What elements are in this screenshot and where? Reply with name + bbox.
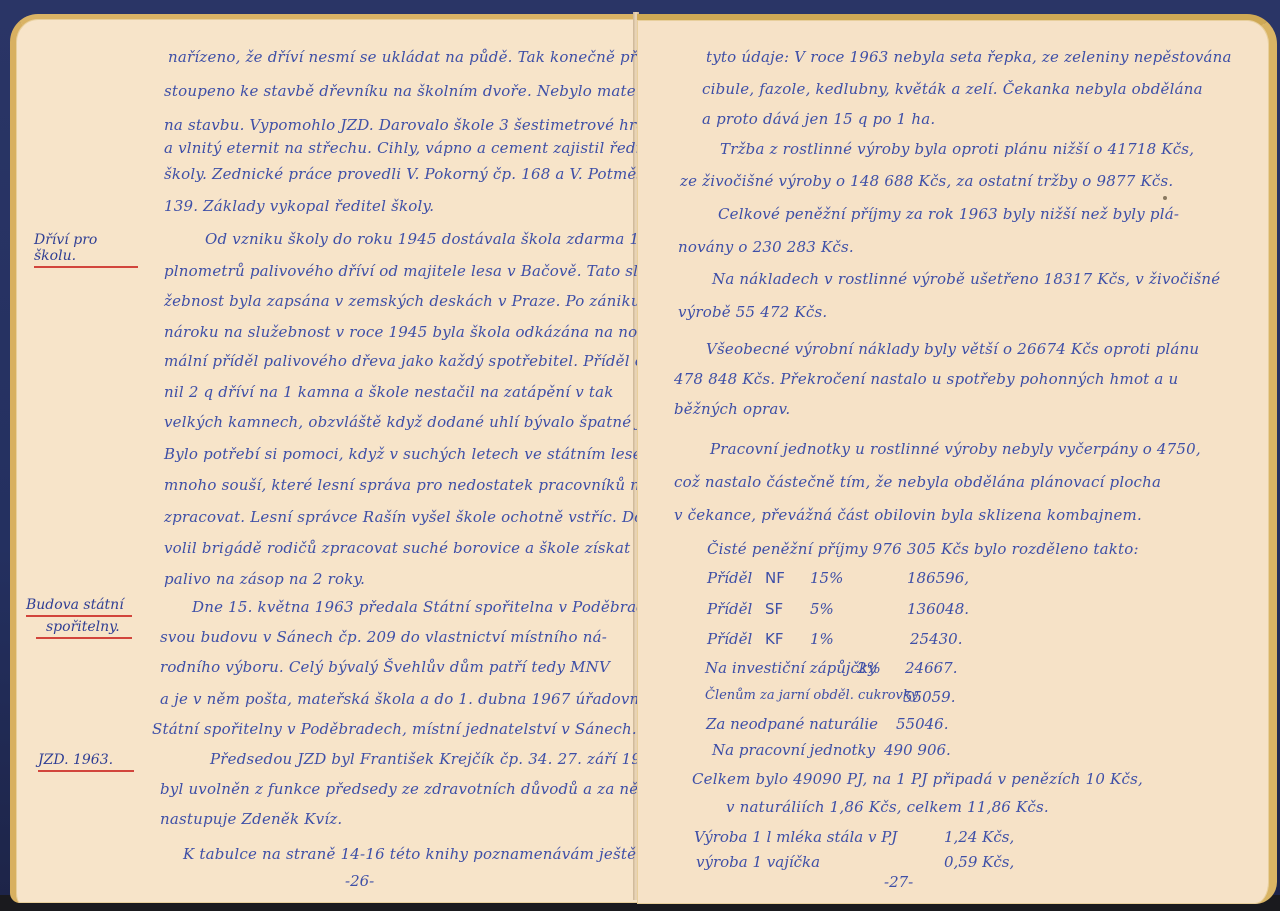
text-line: a vlnitý eternit na střechu. Cihly, vápn… — [164, 139, 661, 157]
text-line: běžných oprav. — [674, 400, 790, 418]
text-line: Pracovní jednotky u rostlinné výroby neb… — [710, 440, 1201, 458]
text-line: Tržba z rostlinné výroby byla oproti plá… — [720, 140, 1194, 158]
fund-code: KF — [765, 630, 783, 648]
amount: 25430. — [910, 630, 963, 648]
margin-note-firewood: Dříví pro školu. — [34, 232, 138, 268]
amount: 0,59 Kčs, — [944, 853, 1014, 871]
text-line: volil brigádě rodičů zpracovat suché bor… — [164, 539, 630, 557]
text-line: žebnost byla zapsána v zemských deskách … — [164, 292, 641, 310]
text-line: na stavbu. Vypomohlo JZD. Darovalo škole… — [164, 116, 688, 134]
red-underline — [38, 770, 134, 772]
amount: 1,24 Kčs, — [944, 828, 1014, 846]
text-line: novány o 230 283 Kčs. — [678, 238, 854, 256]
amount: 55046. — [896, 715, 949, 733]
margin-note-text: Budova státní — [26, 597, 124, 613]
amount: 24667. — [905, 659, 958, 677]
text-line: cibule, fazole, kedlubny, květák a zelí.… — [702, 80, 1203, 98]
text-line: palivo na zásop na 2 roky. — [164, 570, 365, 588]
row-label: Členům za jarní obděl. cukrovky — [705, 688, 918, 703]
text-line: nároku na služebnost v roce 1945 byla šk… — [164, 323, 650, 341]
text-line: což nastalo částečně tím, že nebyla obdě… — [674, 473, 1161, 491]
text-line: mnoho souší, které lesní správa pro nedo… — [164, 476, 697, 494]
text-line: K tabulce na straně 14-16 této knihy poz… — [183, 845, 636, 863]
fund-code: NF — [765, 569, 785, 587]
row-label: Na investiční zápůjčky — [705, 659, 877, 677]
text-line: mální příděl palivového dřeva jako každý… — [164, 352, 654, 370]
text-line: Všeobecné výrobní náklady byly větší o 2… — [706, 340, 1199, 358]
text-line: plnometrů palivového dříví od majitele l… — [164, 262, 653, 280]
amount: 490 906. — [884, 741, 951, 759]
text-line: rodního výboru. Celý bývalý Švehlův dům … — [160, 658, 610, 676]
red-underline — [34, 266, 138, 268]
amount: 55059. — [903, 688, 956, 706]
margin-note-savings-bank: Budova státní spořitelny. — [26, 597, 132, 639]
text-line: Na nákladech v rostlinné výrobě ušetřeno… — [712, 270, 1220, 288]
margin-note-text: JZD. 1963. — [38, 752, 113, 768]
text-line: 139. Základy vykopal ředitel školy. — [164, 197, 434, 215]
text-line: Čisté peněžní příjmy 976 305 Kčs bylo ro… — [707, 540, 1139, 558]
text-line: v naturáliích 1,86 Kčs, celkem 11,86 Kčs… — [726, 798, 1049, 816]
percent: 5% — [810, 600, 834, 618]
row-label: výroba 1 vajíčka — [696, 853, 820, 871]
paper-speck — [1163, 196, 1167, 200]
text-line: 478 848 Kčs. Překročení nastalo u spotře… — [674, 370, 1178, 388]
row-label: Výroba 1 l mléka stála v PJ — [694, 828, 897, 846]
red-underline — [36, 637, 132, 639]
row-label: Příděl — [707, 569, 752, 587]
text-line: nil 2 q dříví na 1 kamna a škole nestači… — [164, 383, 614, 401]
percent: 15% — [810, 569, 843, 587]
row-label: Za neodpané naturálie — [706, 715, 878, 733]
page-number-left: -26- — [345, 872, 374, 890]
text-line: Celkové peněžní příjmy za rok 1963 byly … — [718, 205, 1179, 223]
text-line: Od vzniku školy do roku 1945 dostávala š… — [205, 230, 649, 248]
text-line: ze živočišné výroby o 148 688 Kčs, za os… — [680, 172, 1173, 190]
text-line: a je v něm pošta, mateřská škola a do 1.… — [160, 690, 649, 708]
text-line: Státní spořitelny v Poděbradech, místní … — [152, 720, 637, 738]
text-line: velkých kamnech, obzvláště když dodané u… — [164, 413, 693, 431]
percent: 1% — [810, 630, 834, 648]
amount: 186596, — [907, 569, 969, 587]
text-line: Předsedou JZD byl František Krejčík čp. … — [210, 750, 661, 768]
text-line: Bylo potřebí si pomoci, když v suchých l… — [164, 445, 684, 463]
text-line: zpracovat. Lesní správce Rašín vyšel ško… — [164, 508, 649, 526]
margin-note-text: spořitelny. — [26, 619, 132, 635]
row-label: Příděl — [707, 600, 752, 618]
text-line: nastupuje Zdeněk Kvíz. — [160, 810, 342, 828]
red-underline — [26, 615, 132, 617]
row-label: Příděl — [707, 630, 752, 648]
text-line: stoupeno ke stavbě dřevníku na školním d… — [164, 82, 672, 100]
margin-note-jzd: JZD. 1963. — [38, 752, 134, 772]
margin-note-text: Dříví pro školu. — [34, 232, 97, 264]
text-line: tyto údaje: V roce 1963 nebyla seta řepk… — [706, 48, 1232, 66]
text-line: a proto dává jen 15 q po 1 ha. — [702, 110, 935, 128]
text-line: školy. Zednické práce provedli V. Pokorn… — [164, 165, 683, 183]
fund-code: SF — [765, 600, 783, 618]
row-label: Na pracovní jednotky — [712, 741, 875, 759]
page-number-right: -27- — [884, 873, 913, 891]
amount: 136048. — [907, 600, 969, 618]
text-line: nařízeno, že dříví nesmí se ukládat na p… — [168, 48, 647, 66]
text-line: v čekance, převážná část obilovin byla s… — [674, 506, 1142, 524]
text-line: Dne 15. května 1963 předala Státní spoři… — [192, 598, 674, 616]
text-line: výrobě 55 472 Kčs. — [678, 303, 827, 321]
text-line: Celkem bylo 49090 PJ, na 1 PJ připadá v … — [692, 770, 1143, 788]
text-line: svou budovu v Sánech čp. 209 do vlastnic… — [160, 628, 607, 646]
percent: 2% — [857, 659, 881, 677]
text-line: byl uvolněn z funkce předsedy ze zdravot… — [160, 780, 657, 798]
